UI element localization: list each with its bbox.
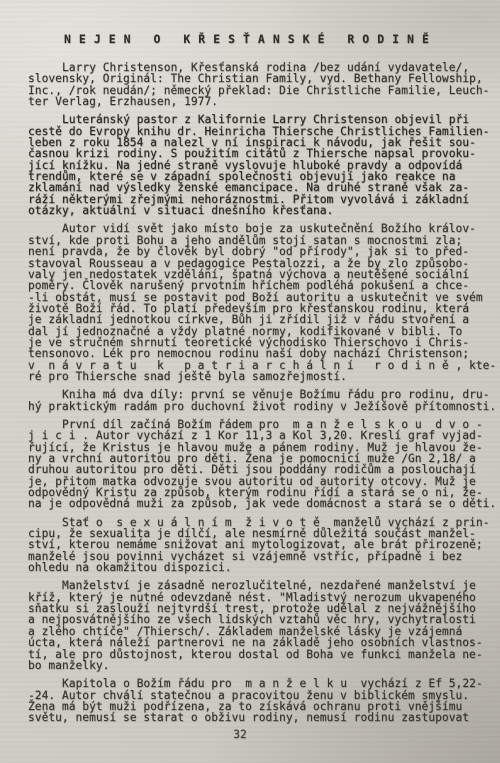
paragraph-bibliographic-entry: Larry Christenson, Křesťanská rodina /be… — [28, 62, 486, 107]
document-title: N E J E N O K Ř E S Ť A N S K É R O D I … — [64, 32, 486, 46]
paragraph-sexual-life: Stať o s e x u á l n í m ž i v o t ě man… — [28, 517, 486, 574]
paragraph-marriage-order: První díl začíná Božím řádem pro m a n ž… — [28, 419, 486, 510]
paragraph-indissolubility: Manželství je zásadně nerozlučitelné, ne… — [28, 580, 486, 671]
document-body: Larry Christenson, Křesťanská rodina /be… — [28, 62, 486, 724]
scanned-document-page: N E J E N O K Ř E S Ť A N S K É R O D I … — [0, 0, 500, 763]
page-number: 32 — [0, 728, 480, 741]
paragraph-authors-worldview: Autor vidí svět jako místo boje za uskut… — [28, 223, 486, 382]
paragraph-intro: Luteránský pastor z Kalifornie Larry Chr… — [28, 114, 486, 216]
paragraph-wife-chapter: Kapitola o Božím řádu pro m a n ž e l k … — [28, 678, 486, 723]
paragraph-book-structure: Kniha má dva díly: první se věnuje Božím… — [28, 389, 486, 412]
